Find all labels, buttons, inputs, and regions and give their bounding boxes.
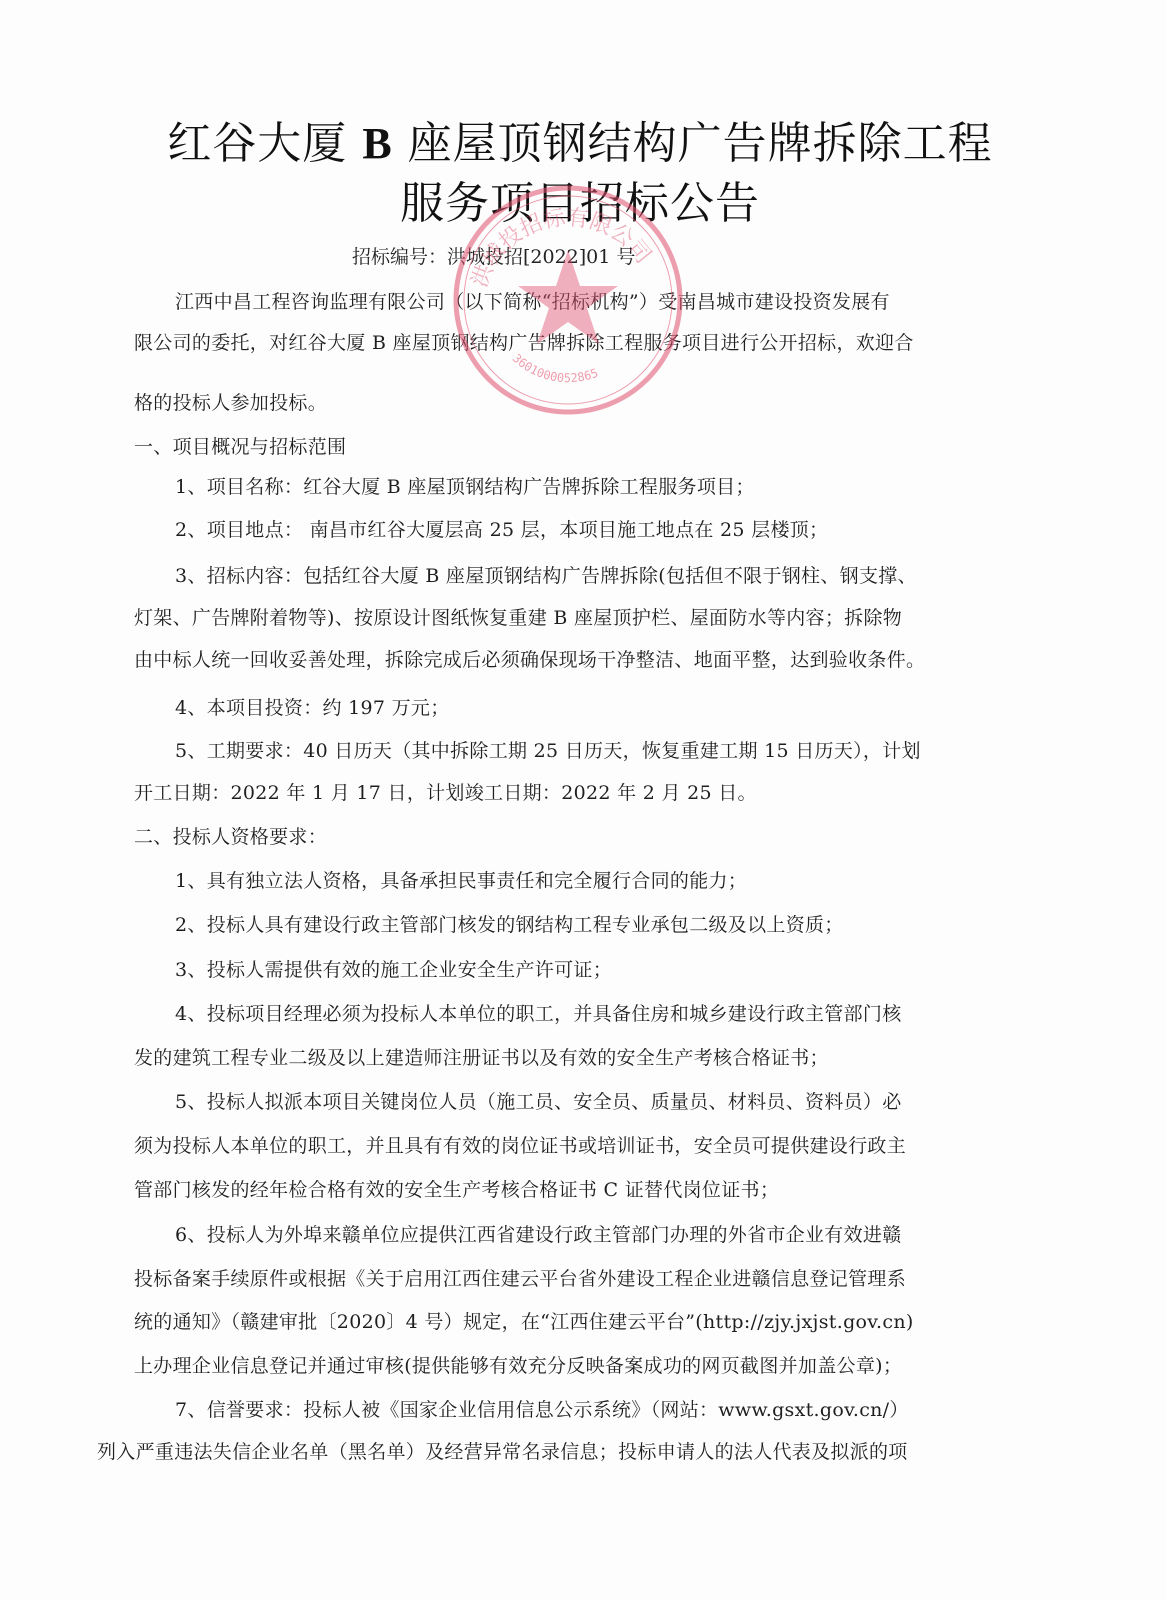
body-text-line: 限公司的委托，对红谷大厦 B 座屋顶钢结构广告牌拆除工程服务项目进行公开招标，欢… (134, 328, 914, 355)
svg-text:3601000052865: 3601000052865 (510, 351, 600, 385)
body-text-line: 2、项目地点： 南昌市红谷大厦层高 25 层，本项目施工地点在 25 层楼顶； (175, 515, 828, 542)
body-text-line: 5、工期要求：40 日历天（其中拆除工期 25 日历天，恢复重建工期 15 日历… (175, 736, 921, 763)
body-text-line: 6、投标人为外埠来赣单位应提供江西省建设行政主管部门办理的外省市企业有效进赣 (175, 1220, 902, 1247)
body-text-line: 二、投标人资格要求： (134, 822, 327, 849)
document-page: 红谷大厦 B 座屋顶钢结构广告牌拆除工程 服务项目招标公告 招标编号：洪城投招[… (0, 0, 1166, 1600)
body-text-line: 须为投标人本单位的职工，并且具有有效的岗位证书或培训证书，安全员可提供建设行政主 (134, 1131, 906, 1158)
body-text-line: 1、项目名称：红谷大厦 B 座屋顶钢结构广告牌拆除工程服务项目； (175, 472, 755, 499)
body-text-line: 投标备案手续原件或根据《关于启用江西住建云平台省外建设工程企业进赣信息登记管理系 (134, 1264, 906, 1291)
body-text-line: 3、投标人需提供有效的施工企业安全生产许可证； (175, 955, 612, 982)
body-text-line: 4、本项目投资：约 197 万元； (175, 693, 450, 720)
body-text-line: 格的投标人参加投标。 (134, 388, 327, 415)
body-text-line: 4、投标项目经理必须为投标人本单位的职工，并具备住房和城乡建设行政主管部门核 (175, 999, 902, 1026)
body-text-line: 灯架、广告牌附着物等)、按原设计图纸恢复重建 B 座屋顶护栏、屋面防水等内容；拆… (134, 603, 902, 630)
body-text-line: 统的通知》（赣建审批〔2020〕4 号）规定，在“江西住建云平台”(http:/… (134, 1307, 914, 1334)
body-text-line: 7、信誉要求：投标人被《国家企业信用信息公示系统》（网站：www.gsxt.go… (175, 1395, 909, 1422)
body-text-line: 1、具有独立法人资格，具备承担民事责任和完全履行合同的能力； (175, 866, 747, 893)
body-text-line: 江西中昌工程咨询监理有限公司（以下简称“招标机构”）受南昌城市建设投资发展有 (175, 287, 890, 314)
document-title-line-2: 服务项目招标公告 (30, 167, 1130, 231)
body-text-line: 开工日期：2022 年 1 月 17 日，计划竣工日期：2022 年 2 月 2… (134, 778, 757, 805)
tender-code: 招标编号：洪城投招[2022]01 号 (352, 242, 635, 269)
body-text-line: 管部门核发的经年检合格有效的安全生产考核合格证书 C 证替代岗位证书； (134, 1175, 779, 1202)
body-text-line: 由中标人统一回收妥善处理，拆除完成后必须确保现场干净整洁、地面平整，达到验收条件… (134, 645, 925, 672)
body-text-line: 发的建筑工程专业二级及以上建造师注册证书以及有效的安全生产考核合格证书； (134, 1043, 829, 1070)
title-text-part: 红谷大厦 (167, 118, 347, 169)
body-text-line: 3、招标内容：包括红谷大厦 B 座屋顶钢结构广告牌拆除(包括但不限于钢柱、钢支撑… (175, 561, 917, 588)
body-text-line: 5、投标人拟派本项目关键岗位人员（施工员、安全员、质量员、材料员、资料员）必 (175, 1087, 902, 1114)
document-title-line-1: 红谷大厦 B 座屋顶钢结构广告牌拆除工程 (30, 107, 1130, 171)
title-text-part: 座屋顶钢结构广告牌拆除工程 (408, 118, 993, 169)
body-text-line: 2、投标人具有建设行政主管部门核发的钢结构工程专业承包二级及以上资质； (175, 910, 844, 937)
title-building-letter: B (362, 119, 392, 168)
body-text-line: 列入严重违法失信企业名单（黑名单）及经营异常名录信息；投标申请人的法人代表及拟派… (97, 1437, 908, 1464)
body-text-line: 上办理企业信息登记并通过审核(提供能够有效充分反映备案成功的网页截图并加盖公章)… (134, 1351, 902, 1378)
body-text-line: 一、项目概况与招标范围 (134, 432, 346, 459)
